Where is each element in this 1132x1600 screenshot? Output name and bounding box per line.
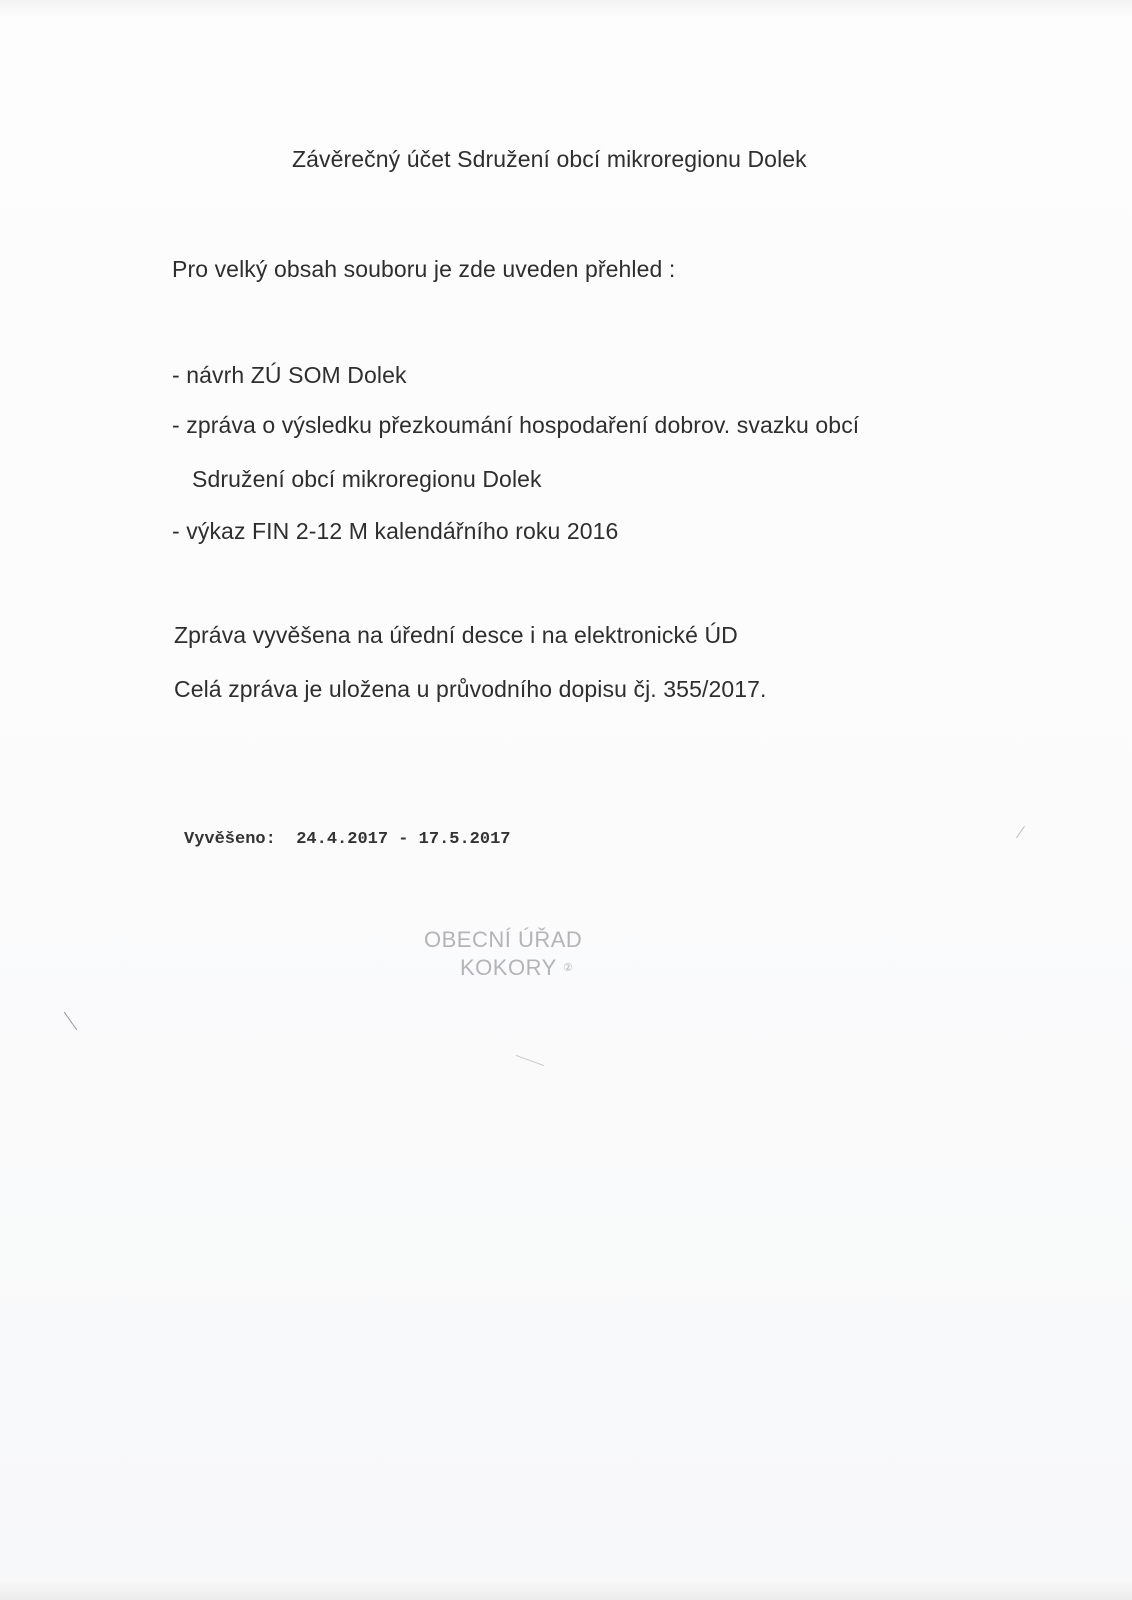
- list-item-continuation: Sdružení obcí mikroregionu Dolek: [192, 466, 542, 493]
- posting-note: Zpráva vyvěšena na úřední desce i na ele…: [174, 622, 738, 649]
- office-stamp: OBECNÍ ÚŘAD KOKORY ②: [424, 926, 624, 982]
- stamp-line-2: KOKORY ②: [424, 954, 624, 982]
- scanned-page: Závěrečný účet Sdružení obcí mikroregion…: [0, 0, 1132, 1600]
- stamp-number: ②: [563, 962, 573, 974]
- stamp-town: KOKORY: [460, 955, 556, 980]
- scan-edge-top: [0, 0, 1132, 18]
- list-item: - návrh ZÚ SOM Dolek: [172, 362, 407, 389]
- posting-dates: Vyvěšeno: 24.4.2017 - 17.5.2017: [184, 830, 511, 849]
- posted-to-date: 17.5.2017: [419, 830, 511, 849]
- stamp-line-1: OBECNÍ ÚŘAD: [424, 926, 624, 954]
- scan-speck: [64, 1012, 77, 1031]
- date-separator: -: [398, 830, 408, 849]
- scan-speck: [1016, 826, 1025, 838]
- posted-label: Vyvěšeno:: [184, 830, 276, 849]
- intro-text: Pro velký obsah souboru je zde uveden př…: [172, 256, 675, 283]
- scan-edge-bottom: [0, 1578, 1132, 1600]
- scan-speck: [516, 1055, 545, 1066]
- list-item: - výkaz FIN 2-12 M kalendářního roku 201…: [172, 518, 618, 545]
- document-title: Závěrečný účet Sdružení obcí mikroregion…: [292, 146, 807, 173]
- storage-note: Celá zpráva je uložena u průvodního dopi…: [174, 676, 767, 703]
- posted-from-date: 24.4.2017: [296, 830, 388, 849]
- list-item: - zpráva o výsledku přezkoumání hospodař…: [172, 412, 859, 439]
